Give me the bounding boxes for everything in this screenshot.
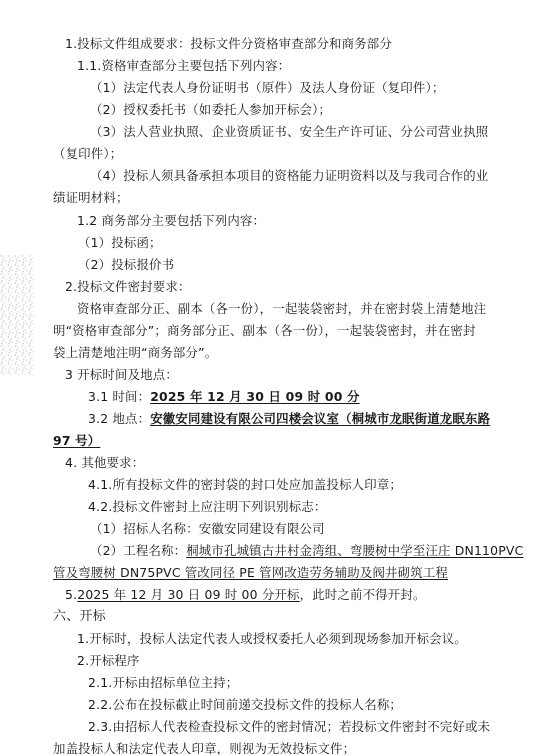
project-name-value: 桐城市孔城镇古井村金湾组、弯腰树中学至汪庄 DN110PVC bbox=[186, 543, 523, 558]
paragraph: 2.开标程序 bbox=[77, 653, 140, 669]
section-4-title: 4. 其他要求： bbox=[65, 455, 144, 471]
list-item: （1）法定代表人身份证明书（原件）及法人身份证（复印件）； bbox=[90, 80, 444, 96]
section-5-number: 5. bbox=[65, 587, 77, 602]
project-name-label: （2）工程名称： bbox=[90, 543, 186, 558]
section-2-title: 2.投标文件密封要求： bbox=[65, 279, 191, 295]
paragraph: 2.1.开标由招标单位主持； bbox=[88, 675, 238, 691]
paragraph: 4.2.投标文件密封上应注明下列识别标志： bbox=[88, 499, 326, 515]
section-5-opening-time: 2025 年 12 月 30 日 09 时 00 分开标 bbox=[77, 587, 299, 602]
paragraph: 资格审查部分正、副本（各一份），一起装袋密封，并在密封袋上清楚地注 bbox=[77, 301, 486, 317]
list-item-continuation: （复印件）； bbox=[53, 146, 122, 162]
list-item: （2）授权委托书（如委托人参加开标会）； bbox=[90, 102, 331, 118]
paragraph: 1.开标时，投标人法定代表人或授权委托人必须到现场参加开标会议。 bbox=[77, 631, 467, 647]
paragraph: 2.3.由招标人代表检查投标文件的密封情况；若投标文件密封不完好或未 bbox=[88, 719, 490, 735]
list-item: （3）法人营业执照、企业资质证书、安全生产许可证、分公司营业执照 bbox=[90, 124, 488, 140]
paragraph: 4.1.所有投标文件的密封袋的封口处应加盖投标人印章； bbox=[88, 477, 402, 493]
list-item: （1）招标人名称：安徽安同建设有限公司 bbox=[90, 521, 325, 537]
section-1-title: 1.投标文件组成要求：投标文件分资格审查部分和商务部分 bbox=[65, 36, 392, 52]
opening-location-label: 3.2 地点： bbox=[88, 411, 150, 426]
section-1-1-title: 1.1.资格审查部分主要包括下列内容： bbox=[77, 58, 290, 74]
list-item: （1）投标函； bbox=[78, 235, 162, 251]
section-3-title: 3 开标时间及地点： bbox=[65, 367, 178, 383]
project-name-line: （2）工程名称：桐城市孔城镇古井村金湾组、弯腰树中学至汪庄 DN110PVC bbox=[90, 543, 523, 559]
opening-location-line: 3.2 地点：安徽安同建设有限公司四楼会议室（桐城市龙眠街道龙眠东路 bbox=[88, 411, 490, 427]
list-item: （2）投标报价书 bbox=[78, 257, 174, 273]
project-name-continuation: 管及弯腰树 DN75PVC 管改同径 PE 管网改造劳务辅助及阀井砌筑工程 bbox=[53, 565, 448, 581]
section-5-suffix: ，此时之前不得开封。 bbox=[300, 587, 426, 602]
opening-time-line: 3.1 时间：2025 年 12 月 30 日 09 时 00 分 bbox=[88, 389, 360, 405]
paragraph: 明“资格审查部分”；商务部分正、副本（各一份），一起装袋密封，并在密封 bbox=[53, 323, 476, 339]
stamp-artifact bbox=[0, 255, 34, 375]
list-item: （4）投标人须具备承担本项目的资格能力证明资料以及与我司合作的业 bbox=[90, 168, 488, 184]
paragraph: 2.2.公布在投标截止时间前递交投标文件的投标人名称； bbox=[88, 697, 402, 713]
opening-time-value: 2025 年 12 月 30 日 09 时 00 分 bbox=[150, 389, 359, 404]
opening-location-continuation: 97 号） bbox=[53, 433, 100, 449]
opening-time-label: 3.1 时间： bbox=[88, 389, 150, 404]
section-1-2-title: 1.2 商务部分主要包括下列内容： bbox=[77, 213, 265, 229]
paragraph: 袋上清楚地注明“商务部分”。 bbox=[53, 345, 217, 361]
paragraph: 加盖投标人和法定代表人印章，则视为无效投标文件； bbox=[53, 741, 355, 755]
opening-location-value: 安徽安同建设有限公司四楼会议室（桐城市龙眠街道龙眠东路 bbox=[150, 411, 490, 426]
document-page: 1.投标文件组成要求：投标文件分资格审查部分和商务部分 1.1.资格审查部分主要… bbox=[0, 0, 535, 755]
section-6-heading: 六、开标 bbox=[53, 609, 106, 625]
list-item-continuation: 绩证明材料； bbox=[53, 190, 129, 206]
section-5-line: 5.2025 年 12 月 30 日 09 时 00 分开标，此时之前不得开封。 bbox=[65, 587, 426, 603]
